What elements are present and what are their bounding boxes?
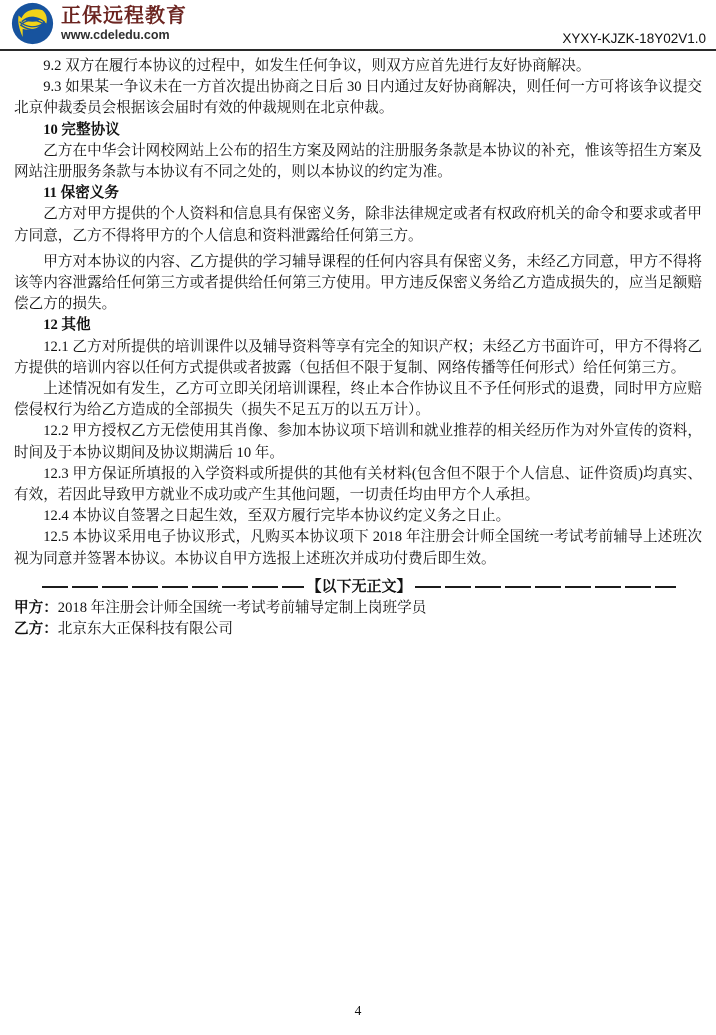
- page-number: 4: [0, 1003, 716, 1019]
- clause-12-3: 12.3 甲方保证所填报的入学资料或所提供的其他有关材料(包含但不限于个人信息、…: [14, 464, 702, 506]
- party-a-label: 甲方：: [14, 600, 58, 616]
- clause-12-1: 12.1 乙方对所提供的培训课件以及辅导资料等享有完全的知识产权；未经乙方书面许…: [14, 337, 702, 379]
- divider-line-right: [415, 586, 677, 588]
- brand-name: 正保远程教育: [61, 5, 187, 28]
- document-code: XYXY-KJZK-18Y02V1.0: [562, 31, 706, 46]
- party-b-value: 北京东大正保科技有限公司: [58, 621, 233, 637]
- brand-website: www.cdeledu.com: [61, 28, 187, 43]
- clause-12-1-cont: 上述情况如有发生，乙方可立即关闭培训课程，终止本合作协议且不予任何形式的退费，同…: [14, 379, 702, 421]
- contract-body: 9.2 双方在履行本协议的过程中，如发生任何争议，则双方应首先进行友好协商解决。…: [0, 51, 716, 640]
- section-12-heading: 12 其他: [14, 315, 702, 336]
- page-header: 正保远程教育 www.cdeledu.com XYXY-KJZK-18Y02V1…: [0, 0, 716, 51]
- clause-9-3: 9.3 如果某一争议未在一方首次提出协商之日后 30 日内通过友好协商解决，则任…: [14, 77, 702, 119]
- section-11-heading: 11 保密义务: [14, 183, 702, 204]
- party-a-row: 甲方：2018 年注册会计师全国统一考试考前辅导定制上岗班学员: [14, 598, 702, 619]
- clause-12-5: 12.5 本协议采用电子协议形式，凡购买本协议项下 2018 年注册会计师全国统…: [14, 527, 702, 569]
- section-11-para-1: 乙方对甲方提供的个人资料和信息具有保密义务，除非法律规定或者有权政府机关的命令和…: [14, 204, 702, 246]
- party-b-row: 乙方：北京东大正保科技有限公司: [14, 619, 702, 640]
- divider-label: 【以下无正文】: [307, 577, 412, 597]
- clause-12-4: 12.4 本协议自签署之日起生效，至双方履行完毕本协议约定义务之日止。: [14, 506, 702, 527]
- contract-page: 正保远程教育 www.cdeledu.com XYXY-KJZK-18Y02V1…: [0, 0, 716, 1035]
- party-a-value: 2018 年注册会计师全国统一考试考前辅导定制上岗班学员: [58, 600, 427, 616]
- brand-text: 正保远程教育 www.cdeledu.com: [61, 5, 187, 43]
- zhengbao-logo-icon: [11, 2, 54, 45]
- clause-9-2: 9.2 双方在履行本协议的过程中，如发生任何争议，则双方应首先进行友好协商解决。: [14, 56, 702, 77]
- section-10-body: 乙方在中华会计网校网站上公布的招生方案及网站的注册服务条款是本协议的补充，惟该等…: [14, 141, 702, 183]
- no-more-text-divider: 【以下无正文】: [42, 577, 676, 597]
- party-b-label: 乙方：: [14, 621, 58, 637]
- brand-block: 正保远程教育 www.cdeledu.com: [11, 2, 187, 45]
- clause-12-2: 12.2 甲方授权乙方无偿使用其肖像、参加本协议项下培训和就业推荐的相关经历作为…: [14, 421, 702, 463]
- section-11-para-2: 甲方对本协议的内容、乙方提供的学习辅导课程的任何内容具有保密义务，未经乙方同意，…: [14, 252, 702, 316]
- section-10-heading: 10 完整协议: [14, 120, 702, 141]
- divider-line-left: [42, 586, 304, 588]
